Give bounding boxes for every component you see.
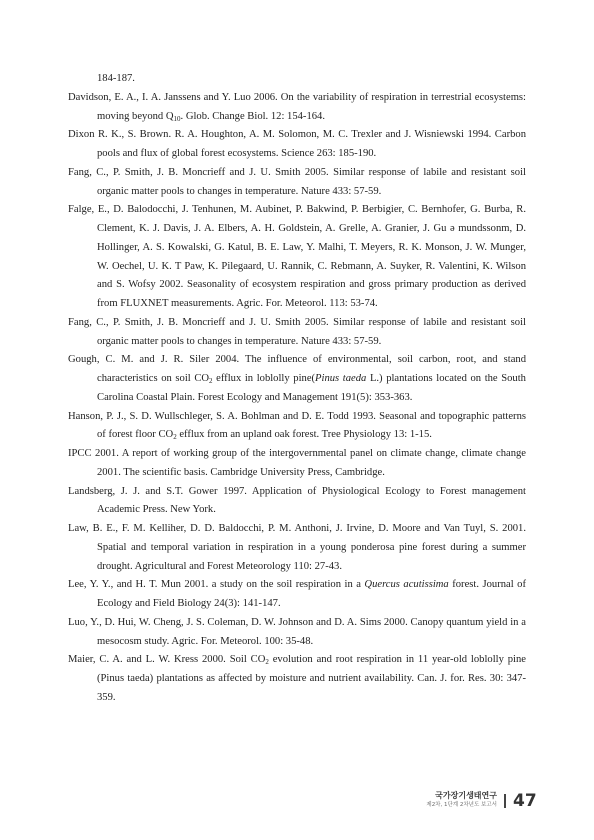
reference-text: efflux from an upland oak forest. Tree P… — [177, 429, 432, 440]
reference-continuation: 184-187. — [68, 70, 526, 89]
footer-text-block: 국가장기생태연구 제2차, 1단계 2차년도 보고서 — [426, 791, 497, 809]
reference-text: Luo, Y., D. Hui, W. Cheng, J. S. Coleman… — [68, 617, 526, 647]
reference-entry: Fang, C., P. Smith, J. B. Moncrieff and … — [68, 314, 526, 352]
footer-report-subtitle: 제2차, 1단계 2차년도 보고서 — [426, 801, 497, 809]
reference-text: Maier, C. A. and L. W. Kress 2000. Soil … — [68, 654, 265, 665]
reference-entry: Landsberg, J. J. and S.T. Gower 1997. Ap… — [68, 483, 526, 521]
footer-divider — [504, 794, 506, 808]
reference-entry: IPCC 2001. A report of working group of … — [68, 445, 526, 483]
reference-entry: Law, B. E., F. M. Kelliher, D. D. Baldoc… — [68, 520, 526, 576]
reference-text: IPCC 2001. A report of working group of … — [68, 448, 526, 478]
page-footer: 국가장기생태연구 제2차, 1단계 2차년도 보고서 47 — [400, 790, 540, 814]
footer-report-title: 국가장기생태연구 — [426, 791, 497, 801]
italic-species-name: Pinus taeda — [315, 373, 366, 384]
reference-entry: Luo, Y., D. Hui, W. Cheng, J. S. Coleman… — [68, 614, 526, 652]
reference-text: Lee, Y. Y., and H. T. Mun 2001. a study … — [68, 579, 364, 590]
reference-entry: Gough, C. M. and J. R. Siler 2004. The i… — [68, 351, 526, 407]
reference-entry: Fang, C., P. Smith, J. B. Moncrieff and … — [68, 164, 526, 202]
italic-species-name: Quercus acutissima — [364, 579, 448, 590]
reference-text: Fang, C., P. Smith, J. B. Moncrieff and … — [68, 317, 526, 347]
reference-text: Fang, C., P. Smith, J. B. Moncrieff and … — [68, 167, 526, 197]
reference-entry: Falge, E., D. Balodocchi, J. Tenhunen, M… — [68, 201, 526, 314]
reference-text: efflux in loblolly pine( — [213, 373, 316, 384]
reference-text: Law, B. E., F. M. Kelliher, D. D. Baldoc… — [68, 523, 526, 572]
reference-text: Falge, E., D. Balodocchi, J. Tenhunen, M… — [68, 204, 526, 309]
subscript: 10 — [174, 115, 181, 123]
reference-text: Dixon R. K., S. Brown. R. A. Houghton, A… — [68, 129, 526, 159]
reference-text: Landsberg, J. J. and S.T. Gower 1997. Ap… — [68, 486, 526, 516]
reference-text: . Glob. Change Biol. 12: 154-164. — [181, 111, 325, 122]
page-number: 47 — [513, 790, 537, 812]
reference-list: 184-187.Davidson, E. A., I. A. Janssens … — [68, 70, 526, 708]
reference-entry: Dixon R. K., S. Brown. R. A. Houghton, A… — [68, 126, 526, 164]
reference-entry: Davidson, E. A., I. A. Janssens and Y. L… — [68, 89, 526, 127]
reference-entry: Maier, C. A. and L. W. Kress 2000. Soil … — [68, 651, 526, 707]
reference-entry: Lee, Y. Y., and H. T. Mun 2001. a study … — [68, 576, 526, 614]
reference-text: 184-187. — [97, 73, 135, 84]
reference-entry: Hanson, P. J., S. D. Wullschleger, S. A.… — [68, 408, 526, 446]
